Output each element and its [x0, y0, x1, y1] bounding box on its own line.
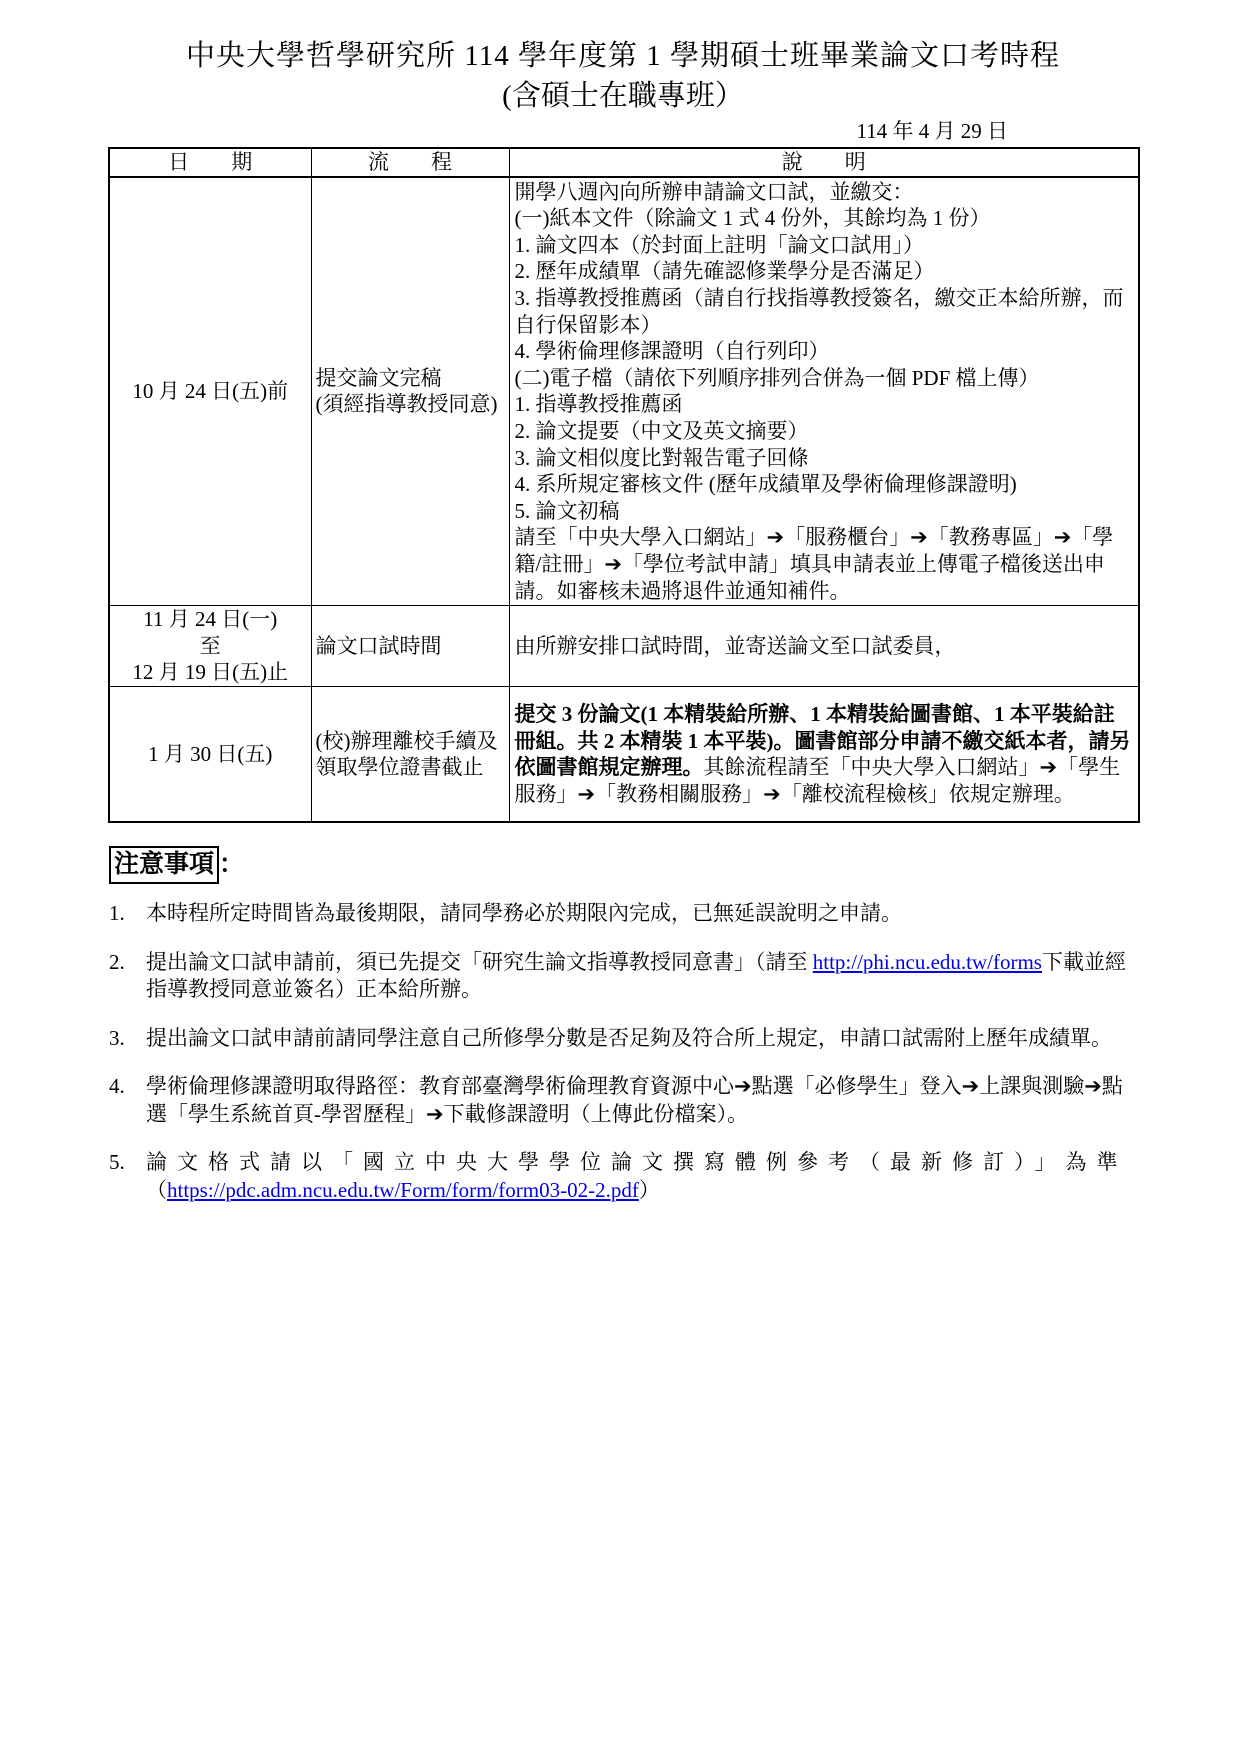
table-row-leave-school-deadline: 1 月 30 日(五) (校)辦理離校手續及領取學位證書截止 提交 3 份論文(…: [109, 686, 1139, 822]
note-number: 1.: [109, 900, 125, 928]
description-line: 3. 指導教授推薦函（請自行找指導教授簽名，繳交正本給所辦，而自行保留影本）: [515, 285, 1135, 338]
note-item-3: 3.提出論文口試申請前請同學注意自己所修學分數是否足夠及符合所上規定，申請口試需…: [108, 1025, 1138, 1053]
note-paren-close: ）: [639, 1178, 660, 1202]
note-item-5: 5.論文格式請以「國立中央大學學位論文撰寫體例參考（最新修訂）」為準（https…: [108, 1149, 1138, 1204]
description-cell: 提交 3 份論文(1 本精裝給所辦、1 本精裝給圖書館、1 本平裝給註冊組。共 …: [509, 686, 1139, 822]
notes-heading: 注意事項：: [109, 846, 1138, 884]
note-text: 本時程所定時間皆為最後期限，請同學務必於期限內完成，已無延誤說明之申請。: [146, 901, 902, 925]
process-line: 提交論文完稿: [316, 365, 507, 392]
issue-date: 114 年 4 月 29 日: [108, 118, 1138, 144]
date-cell: 10 月 24 日(五)前: [109, 177, 311, 606]
note-text: 提出論文口試申請前請同學注意自己所修學分數是否足夠及符合所上規定，申請口試需附上…: [146, 1026, 1112, 1050]
process-cell: 提交論文完稿 (須經指導教授同意): [311, 177, 509, 606]
description-line: 2. 歷年成績單（請先確認修業學分是否滿足）: [515, 258, 1135, 285]
table-row-submit-final-thesis: 10 月 24 日(五)前 提交論文完稿 (須經指導教授同意) 開學八週內向所辦…: [109, 177, 1139, 606]
notes-list: 1.本時程所定時間皆為最後期限，請同學務必於期限內完成，已無延誤說明之申請。 2…: [108, 900, 1138, 1204]
date-line: 12 月 19 日(五)止: [110, 659, 311, 686]
date-cell: 11 月 24 日(一) 至 12 月 19 日(五)止: [109, 606, 311, 687]
description-line: 5. 論文初稿: [515, 498, 1135, 525]
note-item-2: 2.提出論文口試申請前，須已先提交「研究生論文指導教授同意書」（請至 http:…: [108, 949, 1138, 1004]
note-number: 3.: [109, 1025, 125, 1053]
col-header-date: 日 期: [109, 148, 311, 177]
process-cell: 論文口試時間: [311, 606, 509, 687]
note-item-1: 1.本時程所定時間皆為最後期限，請同學務必於期限內完成，已無延誤說明之申請。: [108, 900, 1138, 928]
description-line: 4. 系所規定審核文件 (歷年成績單及學術倫理修課證明): [515, 471, 1135, 498]
note-text: 論文格式請以「國立中央大學學位論文撰寫體例參考（最新修訂）」為準: [146, 1150, 1128, 1174]
process-line: (須經指導教授同意): [316, 391, 507, 418]
notes-heading-colon: ：: [219, 851, 244, 878]
description-line: (二)電子檔（請依下列順序排列合併為一個 PDF 檔上傳）: [515, 365, 1135, 392]
description-line: 3. 論文相似度比對報告電子回條: [515, 445, 1135, 472]
schedule-table: 日 期 流 程 說 明 10 月 24 日(五)前 提交論文完稿 (須經指導教授…: [108, 147, 1140, 823]
note-number: 2.: [109, 949, 125, 977]
phi-forms-link[interactable]: http://phi.ncu.edu.tw/forms: [813, 950, 1042, 974]
note-text: 提出論文口試申請前，須已先提交「研究生論文指導教授同意書」（請至: [146, 950, 813, 974]
description-line: (一)紙本文件（除論文 1 式 4 份外，其餘均為 1 份）: [515, 205, 1135, 232]
description-line: 1. 指導教授推薦函: [515, 391, 1135, 418]
notes-heading-box: 注意事項: [109, 846, 219, 884]
note-number: 4.: [109, 1073, 125, 1101]
document-page: 中央大學哲學研究所 114 學年度第 1 學期碩士班畢業論文口考時程 (含碩士在…: [108, 36, 1138, 1225]
table-header-row: 日 期 流 程 說 明: [109, 148, 1139, 177]
col-header-description: 說 明: [509, 148, 1139, 177]
page-subtitle: (含碩士在職專班）: [108, 76, 1138, 116]
note-item-4: 4.學術倫理修課證明取得路徑：教育部臺灣學術倫理教育資源中心➔點選「必修學生」登…: [108, 1073, 1138, 1128]
description-line: 1. 論文四本（於封面上註明「論文口試用」）: [515, 232, 1135, 259]
page-title: 中央大學哲學研究所 114 學年度第 1 學期碩士班畢業論文口考時程: [108, 36, 1138, 76]
description-line: 4. 學術倫理修課證明（自行列印）: [515, 338, 1135, 365]
thesis-format-pdf-link[interactable]: https://pdc.adm.ncu.edu.tw/Form/form/for…: [167, 1178, 639, 1202]
note-text: 學術倫理修課證明取得路徑：教育部臺灣學術倫理教育資源中心➔點選「必修學生」登入➔…: [146, 1074, 1123, 1126]
date-line: 至: [110, 633, 311, 660]
note-number: 5.: [109, 1149, 125, 1177]
description-cell: 由所辦安排口試時間，並寄送論文至口試委員，: [509, 606, 1139, 687]
description-line: 請至「中央大學入口網站」➔「服務櫃台」➔「教務專區」➔「學籍/註冊」➔「學位考試…: [515, 524, 1135, 604]
description-cell: 開學八週內向所辦申請論文口試，並繳交： (一)紙本文件（除論文 1 式 4 份外…: [509, 177, 1139, 606]
process-cell: (校)辦理離校手續及領取學位證書截止: [311, 686, 509, 822]
description-line: 2. 論文提要（中文及英文摘要）: [515, 418, 1135, 445]
col-header-process: 流 程: [311, 148, 509, 177]
table-row-oral-exam-period: 11 月 24 日(一) 至 12 月 19 日(五)止 論文口試時間 由所辦安…: [109, 606, 1139, 687]
note-paren-open: （: [146, 1178, 167, 1202]
date-line: 11 月 24 日(一): [110, 606, 311, 633]
description-line: 開學八週內向所辦申請論文口試，並繳交：: [515, 179, 1135, 206]
date-cell: 1 月 30 日(五): [109, 686, 311, 822]
